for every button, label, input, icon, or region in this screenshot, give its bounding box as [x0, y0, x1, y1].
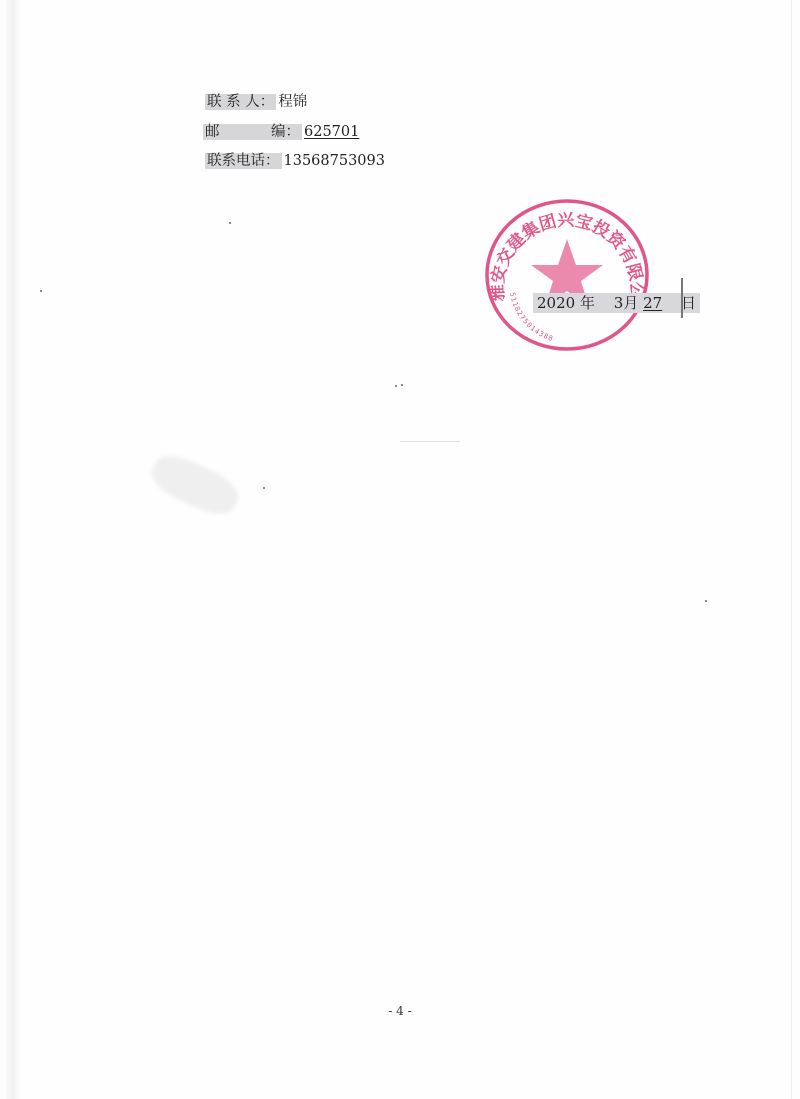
scan-speck [263, 487, 265, 489]
page-number: - 4 - [0, 1004, 800, 1018]
date-year-label: 年 [580, 294, 595, 312]
phone-row: 联系电话：13568753093 [205, 152, 385, 170]
date-day: 27 [643, 294, 662, 312]
scan-edge-shadow [6, 0, 20, 1099]
date-month-label: 月 [623, 294, 638, 312]
company-seal-stamp: 雅安交建集团兴宝投资有限公司 5118275014388 [482, 193, 652, 353]
contact-person-label: 联 系 人： [205, 94, 276, 110]
scan-speck [229, 222, 231, 224]
date-day-label: 日 [681, 294, 696, 312]
date-year: 2020 [537, 294, 575, 312]
postcode-label-left: 邮 [205, 123, 271, 141]
scan-edge-line [791, 0, 792, 1099]
postcode-label: 邮编： [203, 124, 302, 140]
scan-line [400, 441, 460, 442]
seal-icon: 雅安交建集团兴宝投资有限公司 5118275014388 [482, 193, 652, 353]
phone-label: 联系电话： [205, 153, 282, 169]
signature-date: 2020 年 3月 27 日 [533, 293, 700, 313]
date-month: 3 [614, 294, 624, 312]
postcode-value: 625701 [302, 124, 359, 140]
postcode-label-right: 编： [271, 124, 300, 140]
scan-speck [395, 385, 397, 387]
scan-speck [40, 290, 42, 292]
contact-person-row: 联 系 人：程锦 [205, 93, 307, 111]
scan-speck [705, 600, 707, 602]
margin-mark [681, 278, 683, 318]
scan-smudge [146, 448, 244, 522]
postcode-row: 邮编：625701 [203, 123, 359, 141]
document-page: 联 系 人：程锦 邮编：625701 联系电话：13568753093 雅安交建… [0, 0, 800, 1099]
contact-person-value: 程锦 [276, 94, 307, 110]
phone-value: 13568753093 [282, 153, 385, 169]
scan-speck [401, 384, 403, 386]
